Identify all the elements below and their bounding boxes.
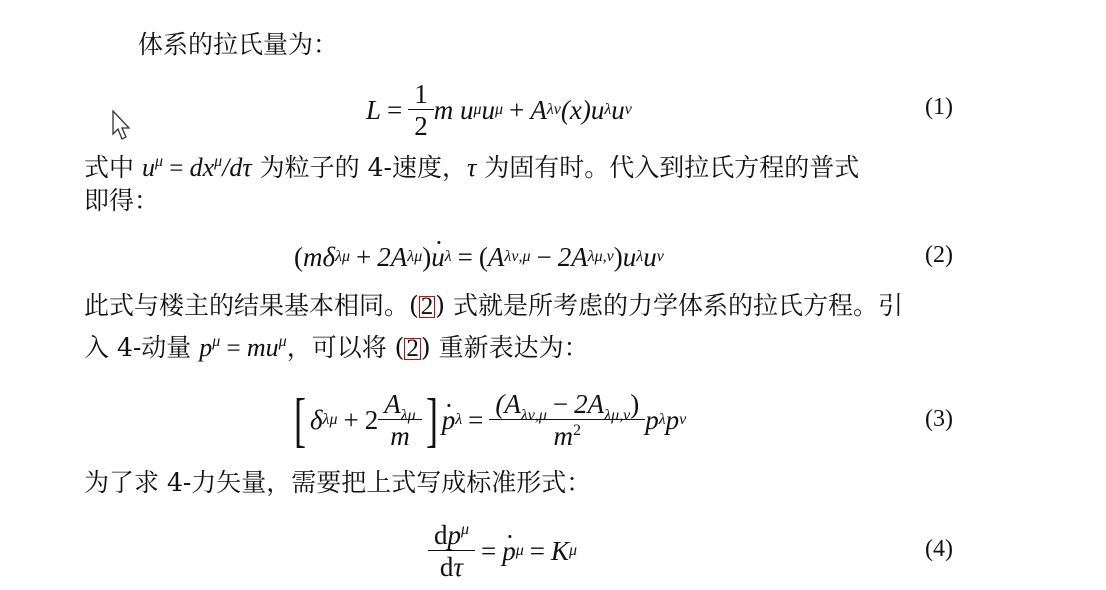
eq3-m: m (378, 419, 421, 452)
eq1-lhs: L (366, 95, 381, 126)
eq3-p2: p (666, 405, 680, 436)
p3-p: p (199, 333, 212, 362)
eq3-2A2: 2A (574, 389, 604, 419)
eq1-u2: u (591, 95, 605, 126)
eq2-A1: A (488, 242, 505, 273)
equation-number-1: (1) (925, 94, 953, 121)
p3-sup-mu-2: μ (279, 333, 287, 350)
equation-ref-link-2[interactable]: 2 (419, 296, 436, 318)
eq2-open: ( (294, 242, 303, 273)
p2-dtau: dτ (229, 153, 251, 182)
paragraph-2-line-2: 即得： (84, 186, 159, 216)
p3-mu: mu (247, 333, 279, 362)
eq2-close: ) (422, 242, 431, 273)
eq3-fraction-a: Aλμ m (381, 389, 418, 452)
eq2-equals: = (458, 242, 473, 273)
eq4-sup-mu: μ (461, 521, 469, 538)
p2-sup-mu: μ (155, 153, 163, 170)
eq3-num-A1: (A (495, 389, 520, 419)
eq3-den-m: m (554, 421, 574, 451)
eq3-A: A (384, 389, 401, 419)
eq1-u3: u (611, 95, 625, 126)
equation-4: dpμ dτ = pμ = Kμ (428, 516, 577, 586)
eq2-2A2: 2A (558, 242, 588, 273)
equation-1: L = 1 2 m uμ uμ + Aλν (x) uλ uν (366, 78, 632, 142)
p3-line2-b: ，可以将 ( (287, 333, 405, 362)
eq1-frac-num: 1 (411, 79, 431, 109)
eq4-K: K (551, 536, 569, 567)
eq3-right-bracket: ] (426, 390, 438, 450)
eq4-equals-2: = (530, 536, 545, 567)
intro-paragraph: 体系的拉氏量为： (138, 30, 338, 60)
paragraph-3-line-1: 此式与楼主的结果基本相同。(2) 式就是所考虑的力学体系的拉氏方程。引 (84, 291, 903, 321)
p2-dx: dx (190, 153, 215, 182)
eq2-close2: ) (614, 242, 623, 273)
eq2-m: m (303, 242, 323, 273)
eq4-fraction: dpμ dτ (431, 520, 472, 583)
eq1-A: A (530, 95, 547, 126)
eq3-left-bracket: [ (294, 390, 306, 450)
paragraph-3-line-2: 入 4-动量 pμ = muμ，可以将 (2) 重新表达为： (84, 333, 589, 364)
eq3-delta: δ (310, 405, 323, 436)
eq2-udot: u (431, 242, 445, 273)
eq4-den-d: d (440, 552, 454, 582)
p2-sup-mu-2: μ (214, 153, 222, 170)
p2-u: u (142, 153, 155, 182)
eq2-minus: − (536, 242, 551, 273)
eq4-num-d: d (434, 520, 448, 550)
p2-mid: 为粒子的 4-速度， (252, 153, 467, 182)
eq3-fraction-b: (Aλν,μ−2Aλμ,ν) m2 (492, 389, 642, 452)
equation-number-3: (3) (925, 406, 953, 433)
equation-number-4: (4) (925, 536, 953, 563)
equation-3: [ δλμ + 2 Aλμ m ] pλ = (Aλν,μ−2Aλμ,ν) m2… (290, 382, 686, 458)
eq1-mu: m u (434, 95, 474, 126)
eq3-two: 2 (365, 405, 379, 436)
p2-suffix: 为固有时。代入到拉氏方程的普式 (476, 153, 859, 182)
paragraph-2-line-1: 式中 uμ = dxμ/dτ 为粒子的 4-速度，τ 为固有时。代入到拉氏方程的… (84, 153, 859, 184)
eq2-u2: u (643, 242, 657, 273)
p3-line2-c: ) 重新表达为： (421, 333, 589, 362)
paragraph-4: 为了求 4-力矢量，需要把上式写成标准形式： (84, 468, 591, 498)
p3-line2-a: 入 4-动量 (84, 333, 199, 362)
eq3-p1: p (645, 405, 659, 436)
eq1-equals: = (387, 95, 402, 126)
mouse-pointer-icon (112, 110, 134, 142)
equation-number-2: (2) (925, 242, 953, 269)
p3-line1-b: ) 式就是所考虑的力学体系的拉氏方程。引 (435, 291, 903, 320)
eq1-u: u (482, 95, 496, 126)
eq1-plus: + (509, 95, 524, 126)
eq4-num-p: p (448, 520, 462, 550)
eq3-close: ) (630, 389, 639, 419)
eq1-arg: (x) (561, 95, 591, 126)
eq3-plus: + (344, 405, 359, 436)
eq2-open2: ( (479, 242, 488, 273)
equation-ref-link-2b[interactable]: 2 (404, 338, 421, 360)
equation-2: ( m δλμ + 2Aλμ ) uλ = ( Aλν,μ − 2Aλμ,ν )… (294, 237, 664, 277)
p2-prefix: 式中 (84, 153, 142, 182)
eq1-frac-den: 2 (408, 109, 434, 142)
eq2-2A: 2A (377, 242, 407, 273)
p3-line1-a: 此式与楼主的结果基本相同。( (84, 291, 419, 320)
eq4-equals-1: = (481, 536, 496, 567)
p2-tau: τ (467, 153, 476, 182)
eq3-minus: − (553, 389, 568, 419)
eq2-delta: δ (323, 242, 336, 273)
p3-eq: = (220, 335, 247, 362)
eq2-plus: + (356, 242, 371, 273)
eq4-den-tau: τ (453, 552, 463, 582)
p2-eq: = (163, 155, 190, 182)
eq3-den-sup: 2 (573, 422, 581, 439)
eq3-pdot: p (442, 405, 456, 436)
eq4-pdot: p (502, 536, 516, 567)
eq3-equals: = (468, 405, 483, 436)
eq2-u1: u (623, 242, 637, 273)
eq1-fraction: 1 2 (411, 79, 431, 142)
